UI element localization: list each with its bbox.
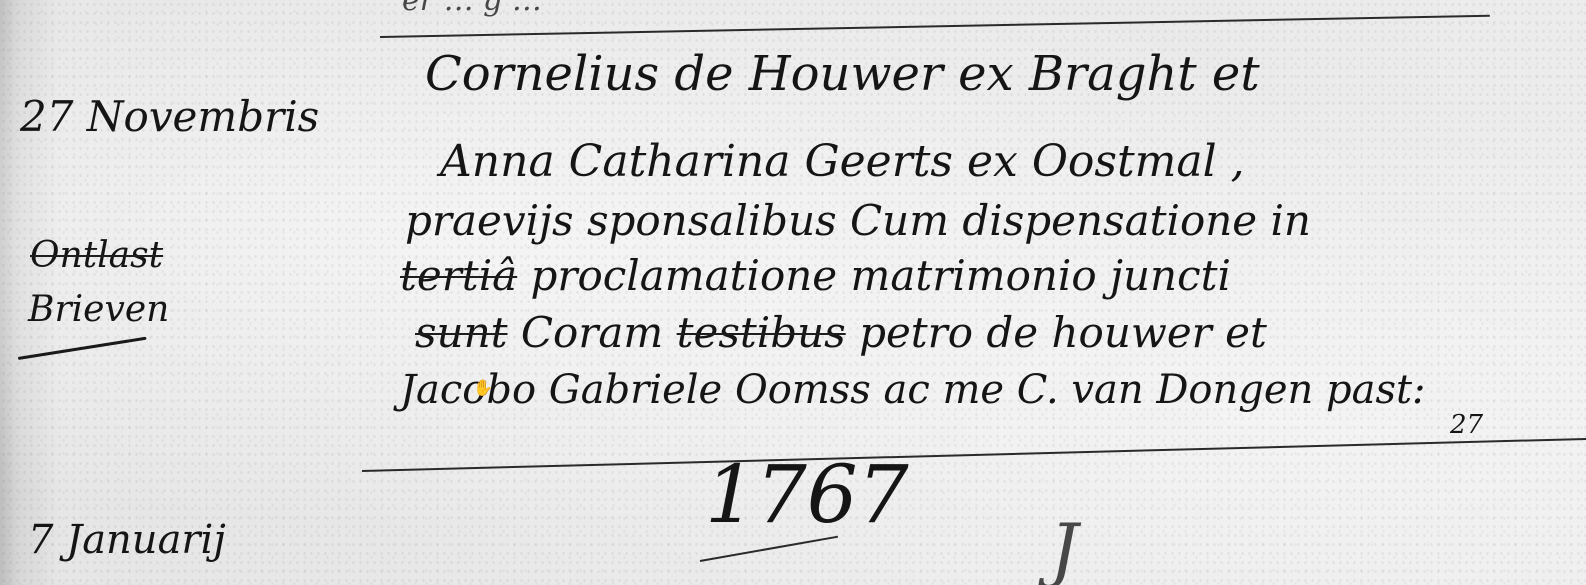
word-coram: Coram <box>521 308 677 357</box>
entry-line-1: Cornelius de Houwer ex Braght et <box>425 50 1260 98</box>
entry-line-5: sunt Coram testibus petro de houwer et <box>415 312 1267 354</box>
previous-entry-fragment: er … g … <box>402 0 542 16</box>
separator-line-bottom <box>362 438 1586 472</box>
hand-cursor-icon: ✋ <box>473 378 493 397</box>
margin-note-line2: Brieven <box>28 292 169 328</box>
margin-note-line1: Ontlast <box>30 238 163 274</box>
entry-line-3: praevijs sponsalibus Cum dispensatione i… <box>405 200 1311 242</box>
separator-line-top <box>380 15 1490 38</box>
struck-word-testibus: testibus <box>677 308 846 357</box>
entry-line-4: tertiâ proclamatione matrimonio juncti <box>400 255 1231 297</box>
year-heading: 1767 <box>705 455 909 535</box>
entry-line-2: Anna Catharina Geerts ex Oostmal , <box>440 140 1245 184</box>
next-entry-fragment: J <box>1050 515 1078 585</box>
entry-line-5-rest: petro de houwer et <box>859 308 1267 357</box>
struck-word-sunt: sunt <box>415 308 508 357</box>
next-entry-margin-date: 7 Januarij <box>28 520 226 560</box>
margin-note-underline <box>18 337 147 360</box>
entry-line-4-rest: proclamatione matrimonio juncti <box>531 251 1231 300</box>
register-page: er … g … 27 Novembris Ontlast Brieven Co… <box>0 0 1586 585</box>
struck-word-tertia: tertiâ <box>400 251 517 300</box>
margin-date: 27 Novembris <box>20 96 319 138</box>
entry-line-6: Jacobo Gabriele Oomss ac me C. van Donge… <box>400 370 1426 410</box>
folio-number: 27 <box>1450 412 1483 438</box>
